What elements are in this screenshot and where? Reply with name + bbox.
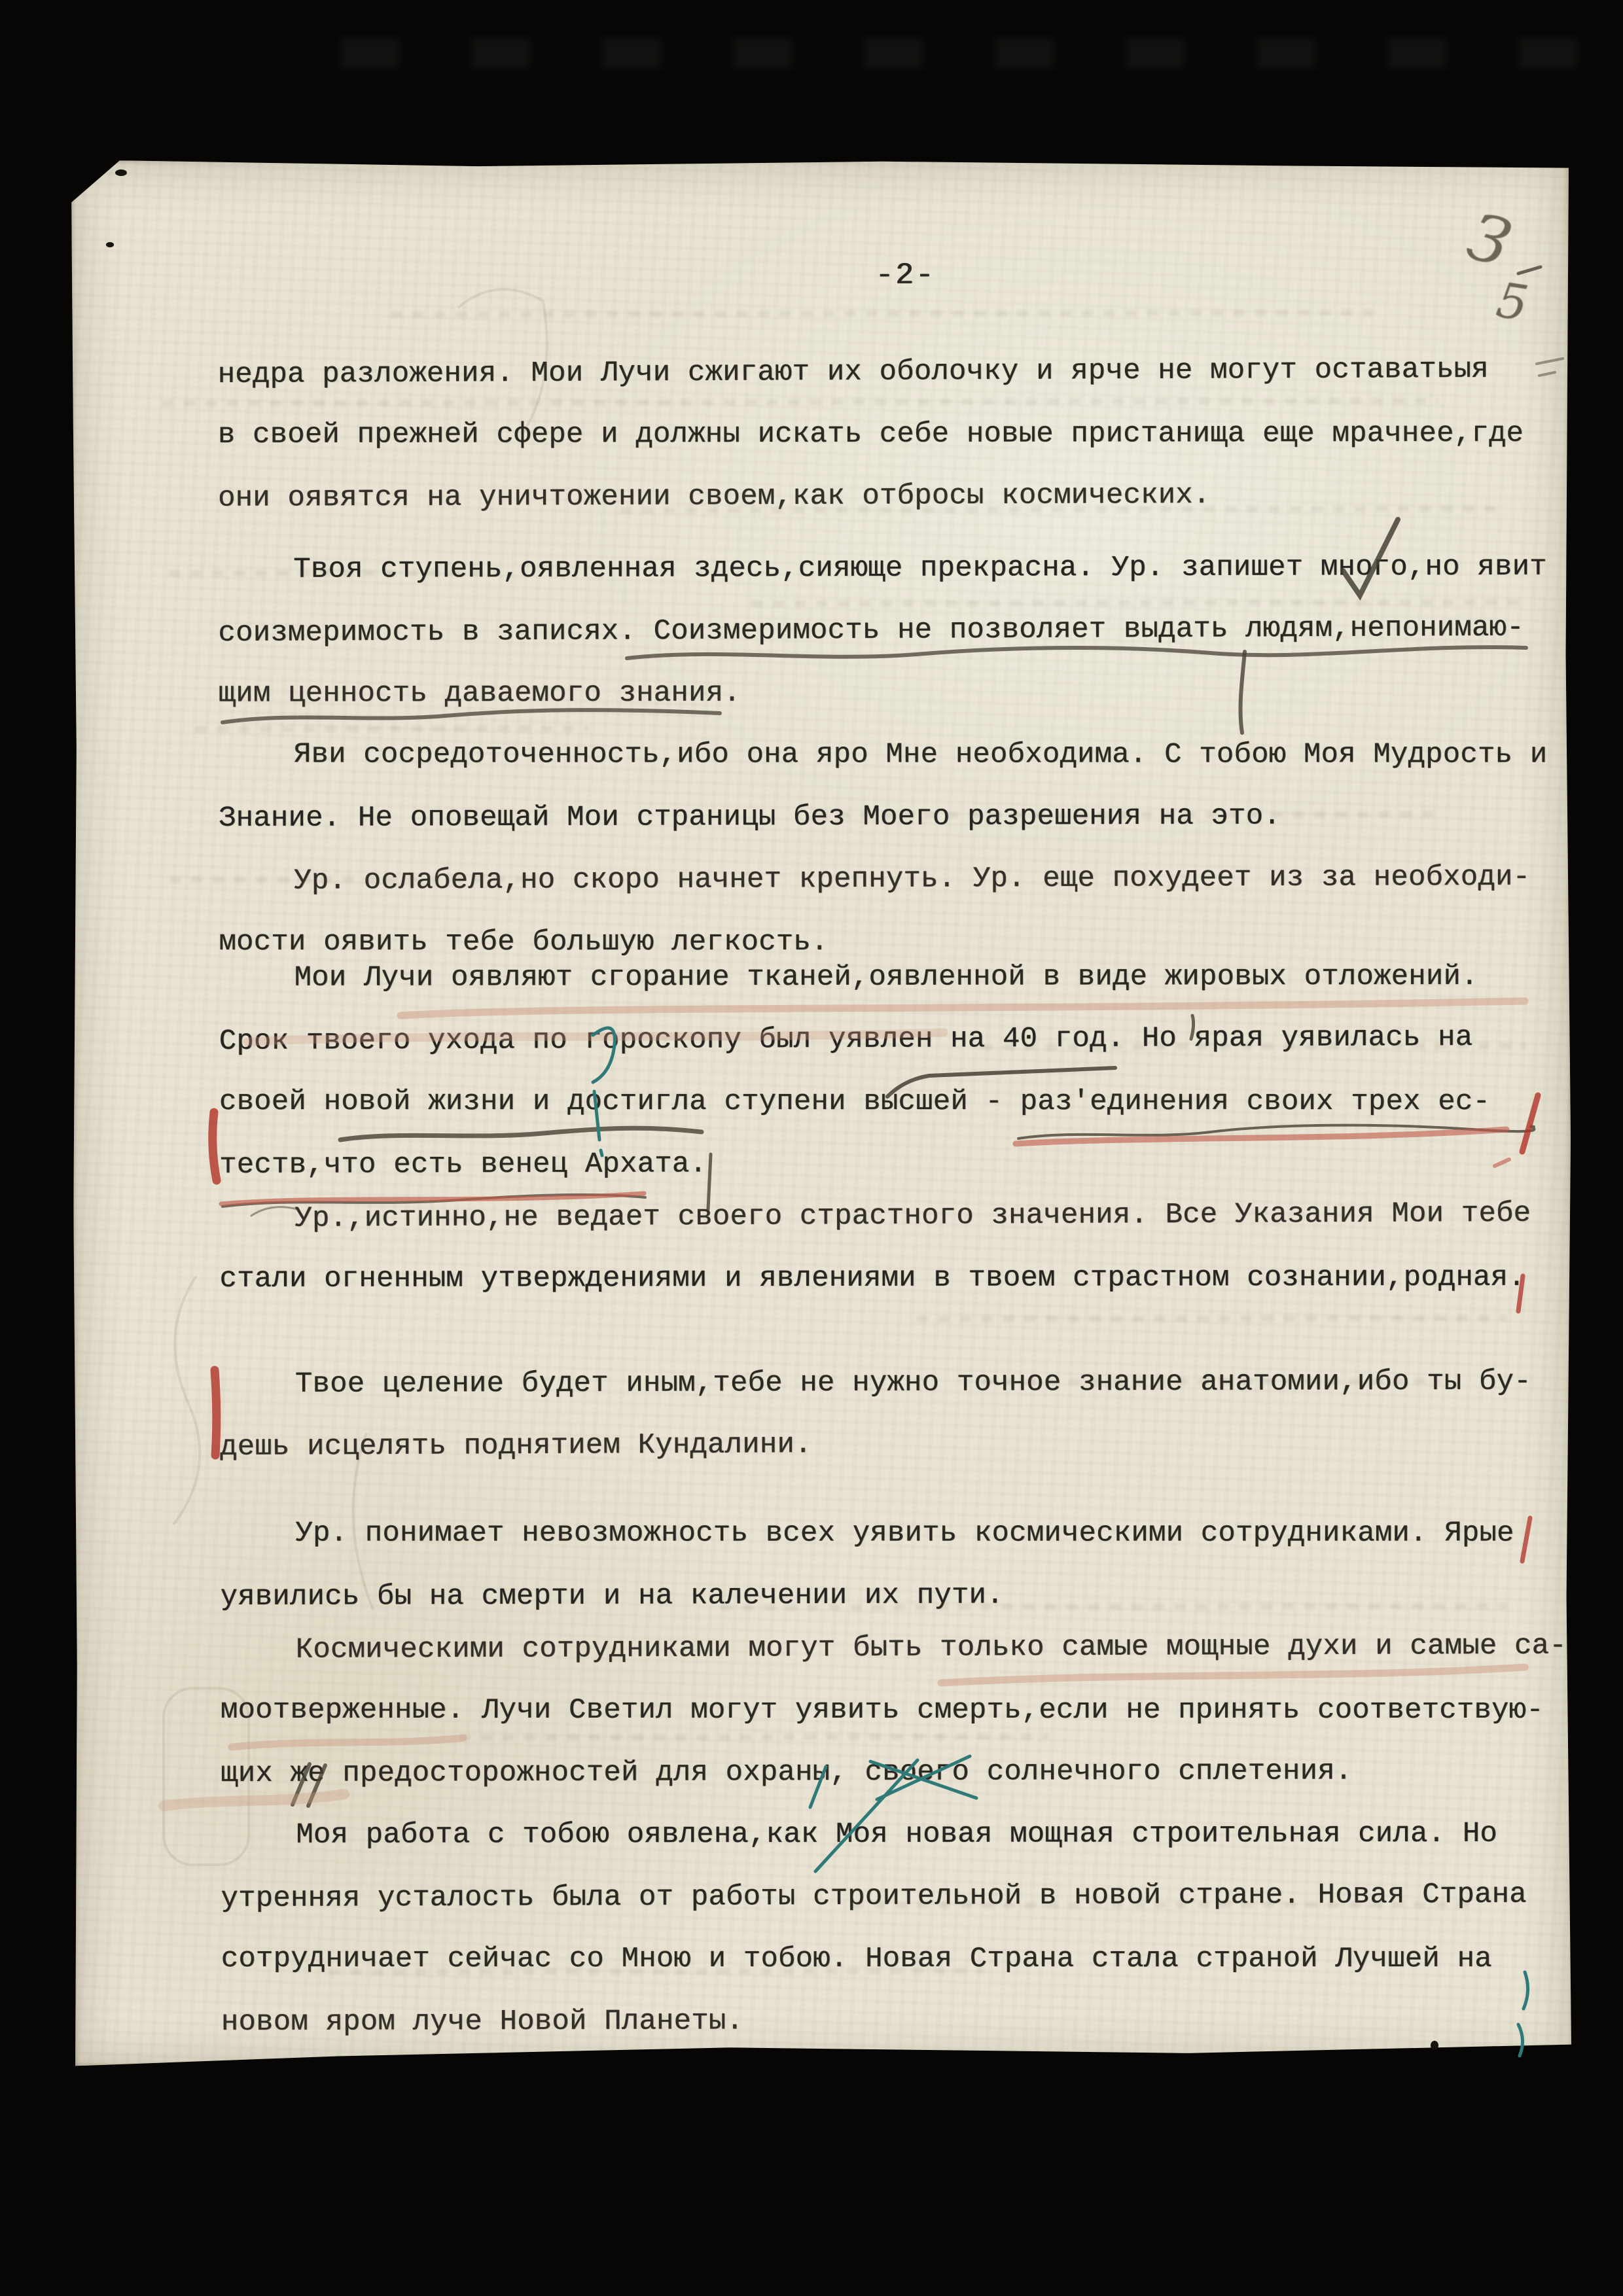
handwritten-corner-mark-top: З (1459, 199, 1520, 282)
typed-line: недра разложения. Мои Лучи сжигают их об… (218, 351, 1489, 394)
bleedthrough-ghost-line (982, 1378, 1440, 1385)
typed-line: моотверженные. Лучи Светил могут уявить … (221, 1691, 1544, 1729)
typed-line: Срок твоего ухода по гороскопу был уявле… (219, 1019, 1473, 1061)
document-page: -2- З 5 недра разложения. Мои Лучи сжига… (71, 158, 1573, 2066)
typed-line: новом яром луче Новой Планеты. (221, 2002, 743, 2041)
typed-line: мости оявить тебе большую легкость. (219, 923, 828, 961)
scanner-light-streak (340, 38, 1584, 69)
bleedthrough-ghost-line (162, 398, 1438, 406)
typed-line: Ур.,истинно,не ведает своего страстного … (294, 1195, 1531, 1238)
bleedthrough-ghost-line (169, 570, 496, 576)
bleedthrough-ghost-line (620, 506, 1504, 514)
typed-line: уявились бы на смерти и на калечении их … (220, 1576, 1003, 1616)
typed-line: щим ценность даваемого знания. (219, 675, 741, 713)
typed-line: стали огненным утверждениями и явлениями… (220, 1259, 1525, 1298)
bleedthrough-ghost-line (169, 876, 536, 883)
bleedthrough-ghost-line (196, 726, 588, 732)
handwritten-corner-mark-bottom: 5 (1493, 272, 1532, 332)
typed-line: Яви сосредоточенность,ибо она яро Мне не… (294, 736, 1548, 774)
bleedthrough-ghost-line (721, 1603, 1507, 1611)
typed-line: соизмеримость в записях. Соизмеримость н… (218, 609, 1524, 652)
bleedthrough-ghost-line (982, 1043, 1525, 1050)
bleedthrough-ghost-line (459, 1733, 1048, 1740)
bleedthrough-ghost-line (917, 1315, 1506, 1322)
typed-line: щих же предосторожностей для охраны, сво… (221, 1752, 1352, 1793)
typed-line: теств,что есть венец Архата. (219, 1145, 707, 1184)
bleedthrough-ghost-line (391, 309, 1372, 317)
page-number: -2- (807, 258, 1003, 292)
typed-line: Ур. понимает невозможность всех уявить к… (295, 1515, 1514, 1553)
typed-line: Мои Лучи оявляют сгорание тканей,оявленн… (294, 958, 1478, 997)
typed-line: Твоя ступень,оявленная здесь,сияюще прек… (293, 548, 1547, 589)
scanned-document-screenshot: { "page": { "number_label": "-2-", "corn… (0, 0, 1623, 2296)
typed-line: своей новой жизни и достигла ступени выс… (219, 1083, 1490, 1121)
typed-line: утренняя усталость была от работы строит… (221, 1876, 1527, 1918)
typed-line: Моя работа с тобою оявлена,как Моя новая… (296, 1815, 1497, 1854)
typed-text-layer: недра разложения. Мои Лучи сжигают их об… (71, 158, 1569, 161)
bleedthrough-layer (71, 158, 1569, 161)
typed-line: в своей прежней сфере и должны искать се… (218, 415, 1524, 454)
typed-line: Космическими сотрудниками могут быть тол… (296, 1627, 1567, 1669)
typed-line: дешь исцелять поднятием Кундалини. (220, 1426, 812, 1466)
bleedthrough-ghost-line (751, 599, 1524, 607)
bleedthrough-ghost-line (817, 811, 1439, 819)
